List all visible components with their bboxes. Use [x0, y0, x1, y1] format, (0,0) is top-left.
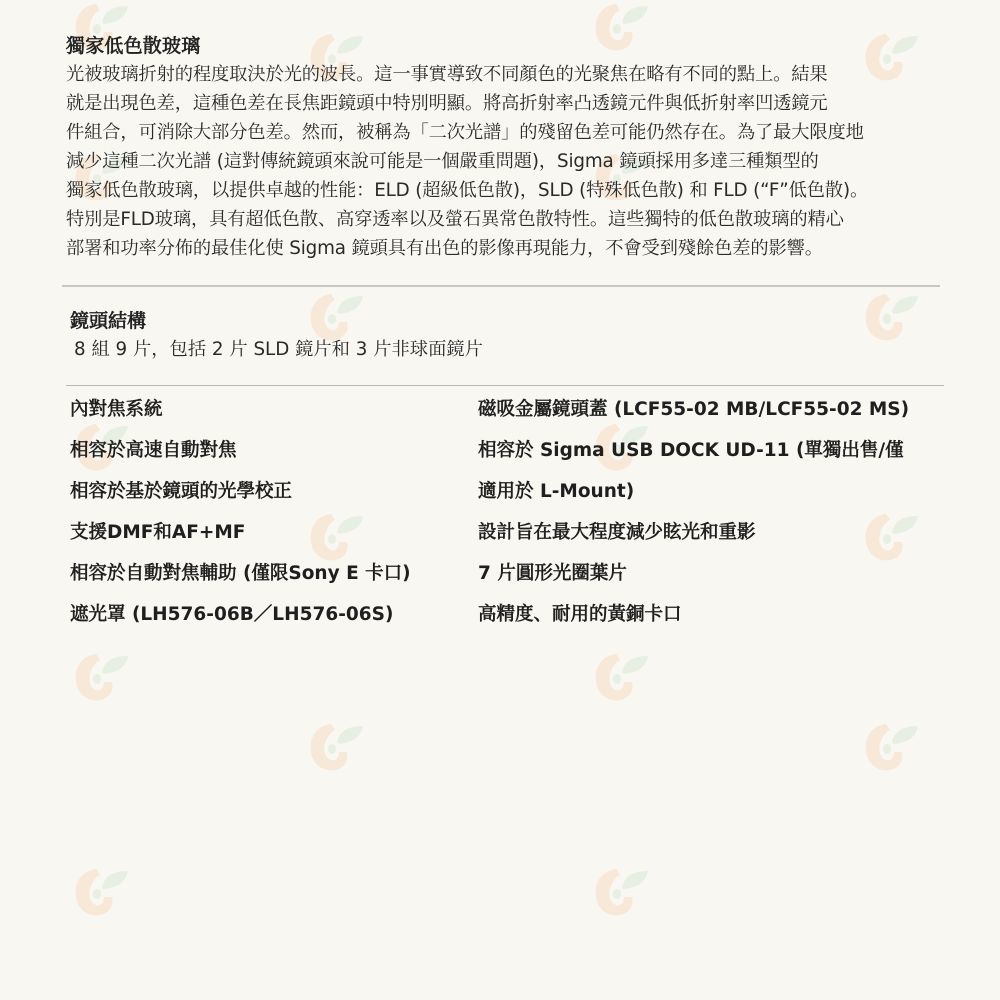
brand-logo-watermark-icon — [590, 865, 654, 919]
brand-logo-watermark-icon — [305, 720, 369, 774]
feature-item: 相容於 Sigma USB DOCK UD-11 (單獨出售/僅 — [478, 435, 948, 476]
paragraph-line: 部署和功率分佈的最佳化使 Sigma 鏡頭具有出色的影像再現能力，不會受到殘餘色… — [66, 238, 823, 259]
feature-item: 相容於基於鏡頭的光學校正 — [70, 476, 478, 517]
feature-item: 磁吸金屬鏡頭蓋 (LCF55-02 MB/LCF55-02 MS) — [478, 394, 948, 435]
feature-item: 相容於高速自動對焦 — [70, 435, 478, 476]
section-divider — [66, 385, 944, 386]
brand-logo-watermark-icon — [590, 650, 654, 704]
feature-list: 內對焦系統 磁吸金屬鏡頭蓋 (LCF55-02 MB/LCF55-02 MS) … — [70, 394, 950, 640]
feature-item: 遮光罩 (LH576-06B／LH576-06S) — [70, 599, 478, 640]
feature-item: 相容於自動對焦輔助 (僅限Sony E 卡口) — [70, 558, 478, 599]
brand-logo-watermark-icon — [860, 720, 924, 774]
feature-item: 支援DMF和AF+MF — [70, 517, 478, 558]
brand-logo-watermark-icon — [70, 650, 134, 704]
section-divider — [62, 285, 940, 287]
paragraph-line: 特別是FLD玻璃，具有超低色散、高穿透率以及螢石異常色散特性。這些獨特的低色散玻… — [66, 209, 844, 230]
paragraph-line: 光被玻璃折射的程度取決於光的波長。這一事實導致不同顏色的光聚焦在略有不同的點上。… — [66, 64, 828, 85]
paragraph-line: 件組合，可消除大部分色差。然而，被稱為「二次光譜」的殘留色差可能仍然存在。為了最… — [66, 122, 864, 143]
brand-logo-watermark-icon — [860, 290, 924, 344]
paragraph-line: 獨家低色散玻璃，以提供卓越的性能：ELD (超級低色散)，SLD (特殊低色散)… — [66, 180, 868, 201]
section-title: 獨家低色散玻璃 — [66, 33, 946, 59]
feature-item: 內對焦系統 — [70, 394, 478, 435]
section-paragraph: 光被玻璃折射的程度取決於光的波長。這一事實導致不同顏色的光聚焦在略有不同的點上。… — [66, 60, 946, 263]
construction-text: 8 組 9 片，包括 2 片 SLD 鏡片和 3 片非球面鏡片 — [74, 336, 483, 364]
feature-item: 7 片圓形光圈葉片 — [478, 558, 948, 599]
paragraph-line: 減少這種二次光譜 (這對傳統鏡頭來說可能是一個嚴重問題)，Sigma 鏡頭採用多… — [66, 151, 819, 172]
brand-logo-watermark-icon — [70, 865, 134, 919]
low-dispersion-glass-section: 獨家低色散玻璃 光被玻璃折射的程度取決於光的波長。這一事實導致不同顏色的光聚焦在… — [66, 33, 946, 263]
paragraph-line: 就是出現色差，這種色差在長焦距鏡頭中特別明顯。將高折射率凸透鏡元件與低折射率凹透… — [66, 93, 828, 114]
feature-item: 高精度、耐用的黃銅卡口 — [478, 599, 948, 640]
section-title: 鏡頭結構 — [70, 308, 483, 334]
feature-item: 適用於 L-Mount) — [478, 476, 948, 517]
feature-item: 設計旨在最大程度減少眩光和重影 — [478, 517, 948, 558]
lens-construction-section: 鏡頭結構 8 組 9 片，包括 2 片 SLD 鏡片和 3 片非球面鏡片 — [70, 308, 483, 364]
